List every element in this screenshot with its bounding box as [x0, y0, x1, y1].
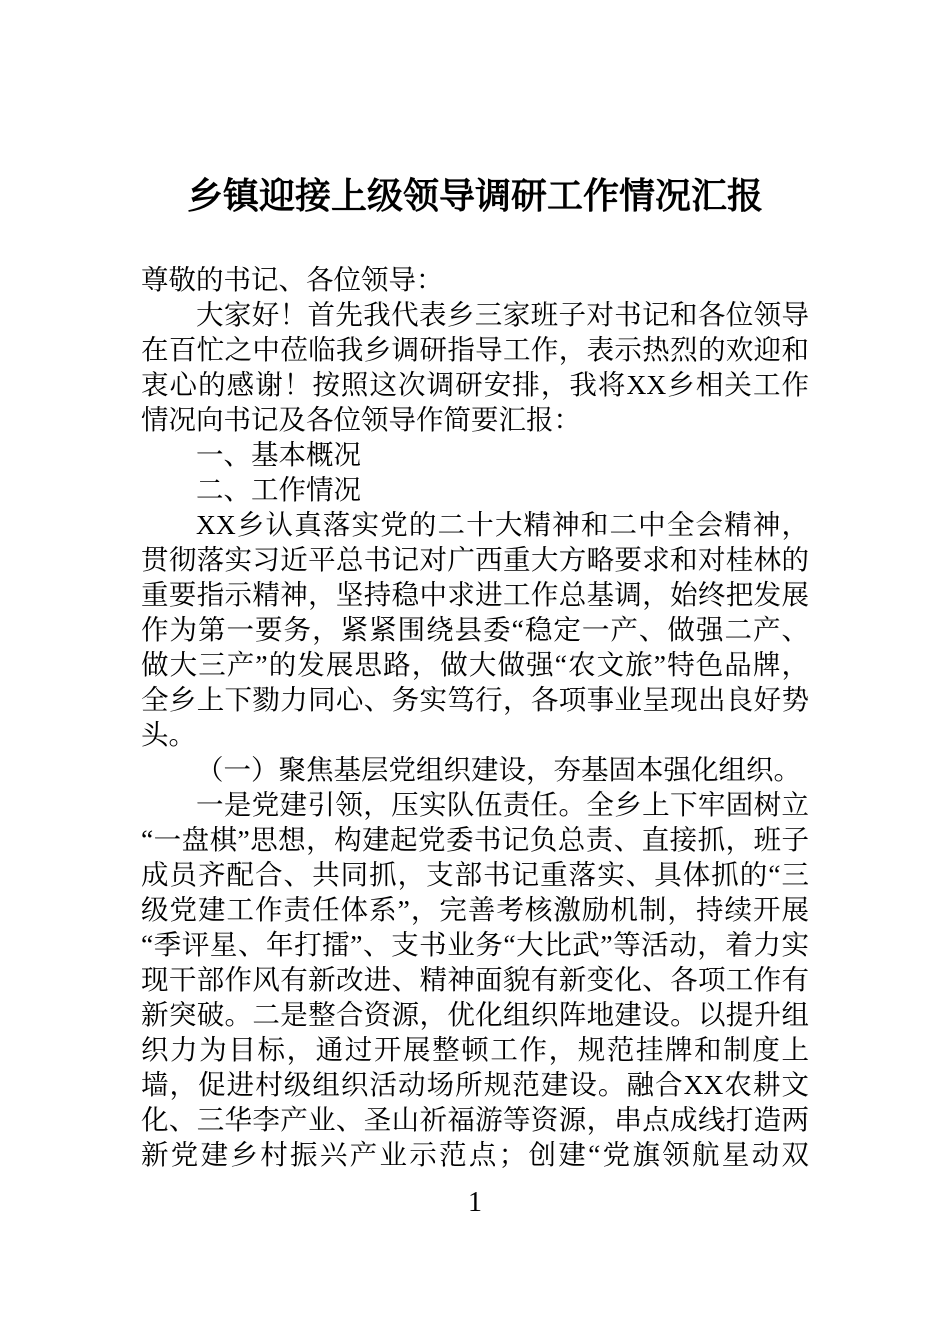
paragraph: 尊敬的书记、各位领导： [141, 262, 809, 297]
page-number-label: 1 [141, 1186, 809, 1220]
paragraph: 大家好！首先我代表乡三家班子对书记和各位领导在百忙之中莅临我乡调研指导工作，表示… [141, 297, 809, 437]
paragraph: 一、基本概况 [141, 437, 809, 472]
paragraph: 一是党建引领，压实队伍责任。全乡上下牢固树立“一盘棋”思想，构建起党委书记负总责… [141, 787, 809, 1174]
paragraph: （一）聚焦基层党组织建设，夯基固本强化组织。 [141, 752, 809, 787]
document-page: 乡镇迎接上级领导调研工作情况汇报 尊敬的书记、各位领导：大家好！首先我代表乡三家… [0, 0, 950, 1344]
paragraph: 二、工作情况 [141, 472, 809, 507]
body-text: 尊敬的书记、各位领导：大家好！首先我代表乡三家班子对书记和各位领导在百忙之中莅临… [141, 262, 809, 1174]
document-title: 乡镇迎接上级领导调研工作情况汇报 [141, 174, 809, 218]
paragraph: XX乡认真落实党的二十大精神和二中全会精神，贯彻落实习近平总书记对广西重大方略要… [141, 507, 809, 752]
